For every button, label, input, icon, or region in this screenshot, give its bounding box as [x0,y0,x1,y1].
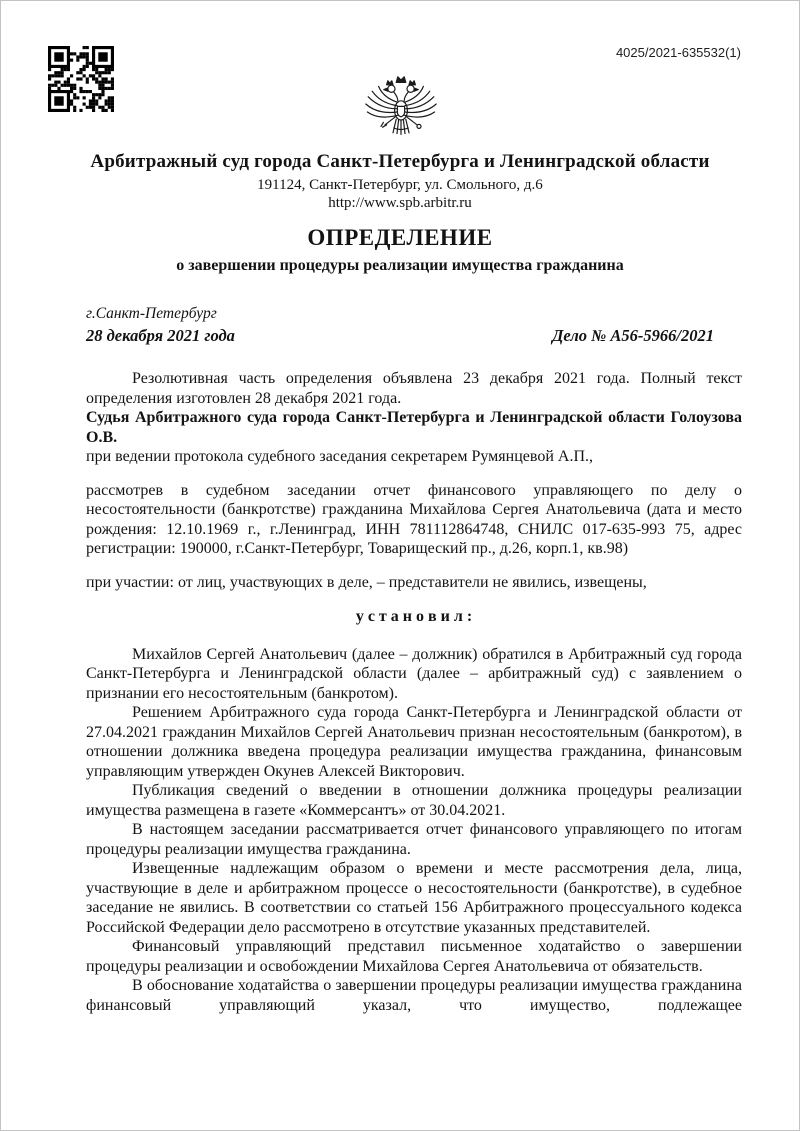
body-paragraph-continued: В обоснование ходатайства о завершении п… [86,976,742,1015]
paragraph-judge: Судья Арбитражного суда города Санкт-Пет… [86,408,742,447]
decision-date: 28 декабря 2021 года [86,326,235,346]
paragraph-attendance: при участии: от лиц, участвующих в деле,… [86,573,742,593]
paragraph-considered: рассмотрев в судебном заседании отчет фи… [86,481,742,559]
paragraph-secretary: при ведении протокола судебного заседани… [86,447,742,467]
case-number: Дело № А56-5966/2021 [552,326,742,346]
document-title: ОПРЕДЕЛЕНИЕ [1,225,799,251]
body-paragraph: Финансовый управляющий представил письме… [86,937,742,976]
body-paragraph: В настоящем заседании рассматривается от… [86,820,742,859]
body-paragraph: Публикация сведений о введении в отношен… [86,781,742,820]
date-case-row: 28 декабря 2021 года Дело № А56-5966/202… [86,326,742,346]
stamp-number: 4025/2021-635532(1) [616,45,741,60]
ruling-heading: у с т а н о в и л : [86,607,742,627]
body-paragraph: Решением Арбитражного суда города Санкт-… [86,703,742,781]
city-label: г.Санкт-Петербург [86,305,742,323]
document-body: Резолютивная часть определения объявлена… [86,369,742,1015]
court-name: Арбитражный суд города Санкт-Петербурга … [1,151,799,173]
paragraph-announced: Резолютивная часть определения объявлена… [86,369,742,408]
body-paragraph: Извещенные надлежащим образом о времени … [86,859,742,937]
document-subtitle: о завершении процедуры реализации имущес… [1,257,799,275]
case-meta: г.Санкт-Петербург 28 декабря 2021 года Д… [86,305,742,346]
court-document-page: 4025/2021-635532(1) [0,0,800,1131]
court-website: http://www.spb.arbitr.ru [1,195,799,212]
document-title-block: ОПРЕДЕЛЕНИЕ о завершении процедуры реали… [1,225,799,275]
body-paragraph: Михайлов Сергей Анатольевич (далее – дол… [86,645,742,704]
court-header: Арбитражный суд города Санкт-Петербурга … [1,151,799,212]
russia-coat-of-arms-icon [361,71,441,153]
qr-code-icon [48,46,114,112]
court-address: 191124, Санкт-Петербург, ул. Смольного, … [1,177,799,194]
